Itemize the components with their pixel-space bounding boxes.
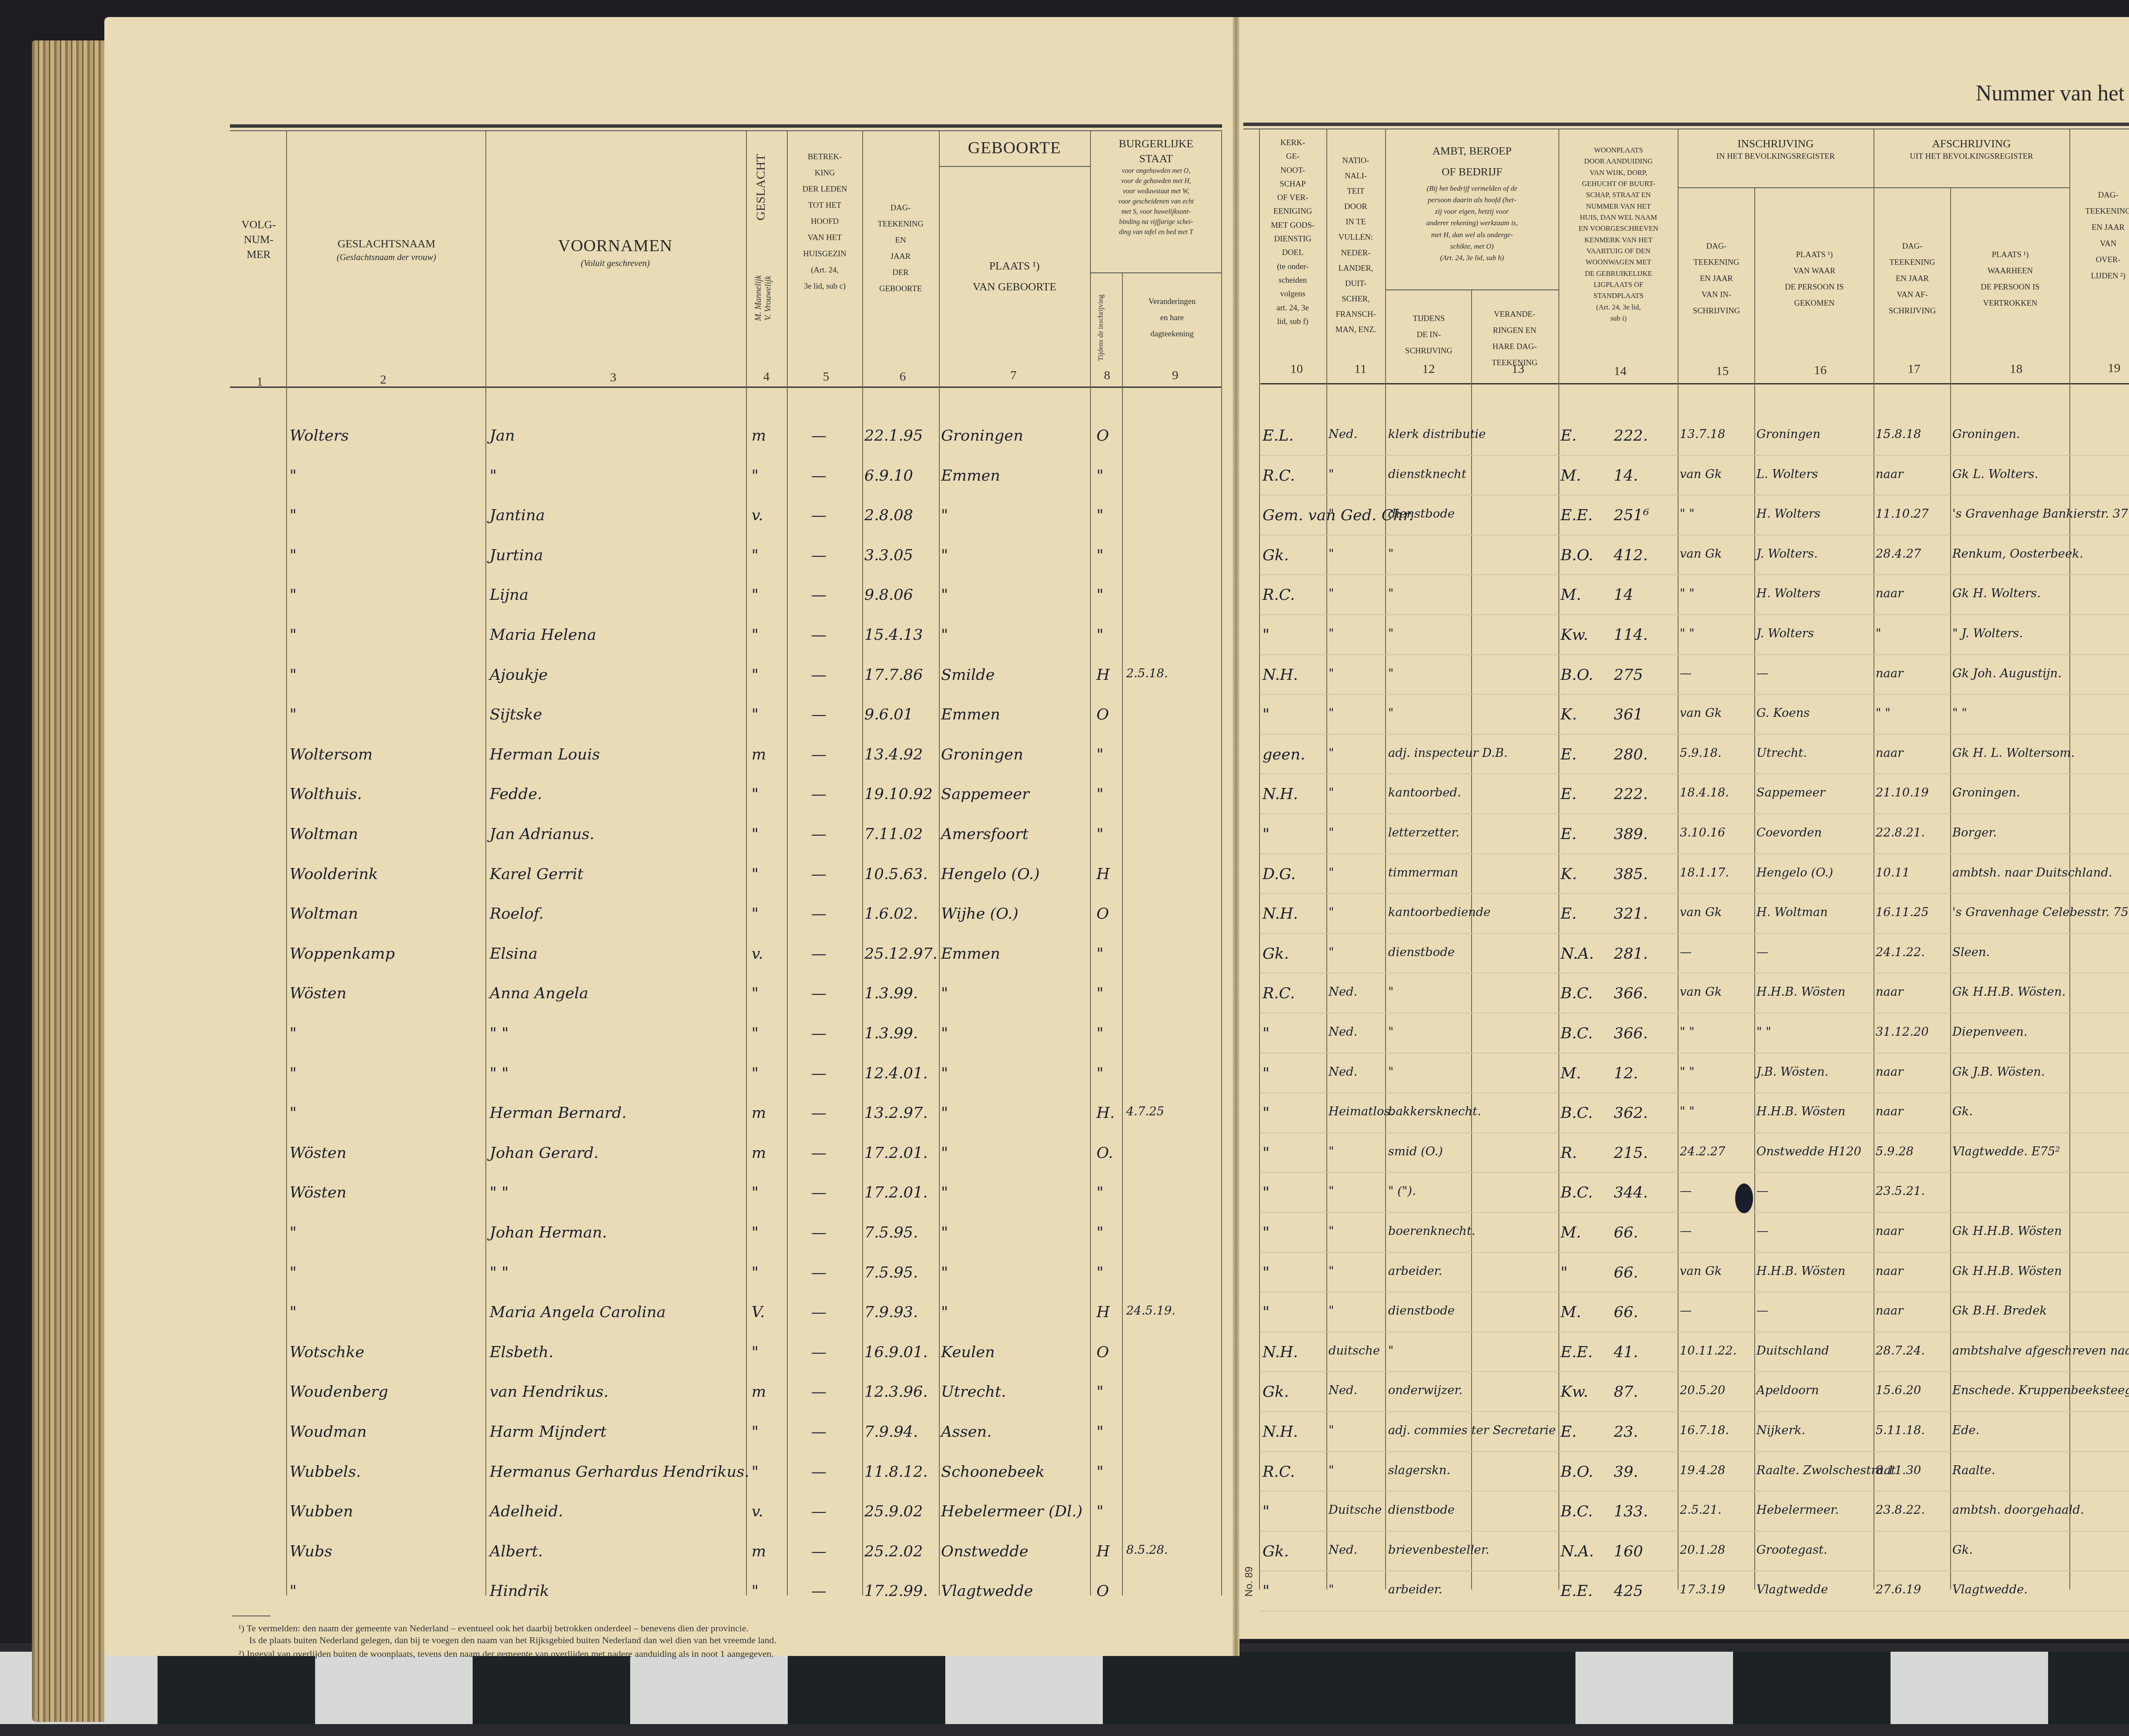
row-guide-line [1260, 1013, 2129, 1014]
cell-rel: — [811, 945, 826, 963]
cell-out-to: Enschede. Kruppenbeeksteeg 4. [1952, 1383, 2129, 1397]
cell-place: " [941, 1065, 948, 1082]
cell-addr-no: 344. [1614, 1184, 1648, 1201]
cell-nat: Ned. [1328, 1025, 1357, 1039]
cell-in-from: H. Wolters [1756, 507, 1821, 521]
cell-born: 11.8.12. [864, 1463, 928, 1481]
cell-in-from: Coevorden [1756, 825, 1822, 839]
cell-civ: " [1096, 746, 1104, 763]
cell-job: " [1388, 626, 1394, 640]
cell-in-date: 20.1.28 [1680, 1543, 1725, 1557]
header-bottom-rule-right [1260, 383, 2129, 384]
cell-addr: B.C. [1561, 1025, 1593, 1042]
cell-given: Herman Louis [490, 746, 600, 763]
cell-church: R.C. [1262, 467, 1295, 484]
cell-in-date: " " [1680, 586, 1695, 600]
cell-church: N.H. [1262, 905, 1298, 922]
col-divider [1874, 129, 1874, 1590]
cell-addr: M. [1561, 586, 1581, 604]
cell-given: Johan Herman. [490, 1224, 607, 1241]
cell-nat: " [1328, 547, 1334, 561]
cell-out-date: naar [1876, 1104, 1903, 1118]
cell-sex: m [752, 1144, 766, 1162]
cell-nat: " [1328, 1303, 1334, 1318]
cell-born: 6.9.10 [864, 467, 913, 484]
col-header-dagteekening-geboorte: DAG- TEEKENING EN JAAR DER GEBOORTE [864, 200, 937, 297]
cell-sex: " [752, 547, 759, 564]
cell-nat: " [1328, 785, 1334, 799]
cell-nat: " [1328, 825, 1334, 839]
cell-nat: " [1328, 1582, 1334, 1596]
cell-surname: Woltman [290, 825, 358, 843]
col-divider [746, 131, 747, 1596]
cell-out-to: 's Gravenhage Bankierstr. 37. [1952, 507, 2129, 521]
cell-out-to: ambtshalve afgeschreven naar Duitschland… [1952, 1344, 2129, 1358]
row-guide-line [1260, 1570, 2129, 1571]
col-number: 4 [758, 370, 775, 384]
col-header-geslacht: GESLACHT [754, 145, 779, 230]
cell-rel: — [811, 785, 826, 803]
cell-sex: m [752, 1543, 766, 1560]
cell-given: van Hendrikus. [490, 1383, 608, 1401]
row-guide-line [1260, 1132, 2129, 1133]
cell-in-from: Vlagtwedde [1756, 1582, 1828, 1596]
cell-rel: — [811, 1065, 826, 1082]
cell-addr: K. [1561, 865, 1577, 883]
cell-sex: m [752, 1104, 766, 1122]
cell-nat: " [1328, 467, 1334, 481]
cell-sex: " [752, 706, 759, 723]
cell-sex: " [752, 785, 759, 803]
cell-nat: " [1328, 1264, 1334, 1278]
cell-rel: — [811, 706, 826, 723]
cell-job: dienstbode [1388, 507, 1455, 521]
cell-addr: B.C. [1561, 1104, 1593, 1122]
cell-place: Groningen [941, 427, 1023, 444]
cell-rel: — [811, 1025, 826, 1042]
cell-place: Amersfoort [941, 825, 1028, 843]
cell-surname: " [290, 547, 297, 564]
row-guide-line [1260, 535, 2129, 536]
sheet-number-label: Nummer van het blad [1976, 81, 2129, 106]
cell-rel: — [811, 1264, 826, 1281]
cell-out-date: 23.8.22. [1876, 1503, 1925, 1517]
cell-sex: " [752, 1065, 759, 1082]
cell-out-date: 11.10.27 [1876, 507, 1929, 521]
cell-rel: — [811, 1344, 826, 1361]
cell-given: Roelof. [490, 905, 544, 922]
col-number: 15 [1712, 364, 1733, 378]
cell-rel: — [811, 427, 826, 444]
cell-addr: M. [1561, 1303, 1581, 1321]
cell-civ: " [1096, 1423, 1104, 1441]
group-header-burgerlijke-staat: BURGERLIJKE STAATvoor ongehuwden met O, … [1092, 136, 1220, 238]
cell-place: " [941, 586, 948, 604]
cell-out-to: Ede. [1952, 1423, 1980, 1437]
cell-job: dienstknecht [1388, 467, 1466, 481]
cell-rel: — [811, 905, 826, 922]
cell-civ: H [1096, 666, 1110, 684]
cell-surname: Wotschke [290, 1344, 364, 1361]
cell-in-from: J.B. Wösten. [1756, 1065, 1828, 1079]
footnote-rule [232, 1616, 270, 1616]
cell-church: " [1262, 825, 1270, 843]
cell-civ-change: 24.5.19. [1126, 1303, 1176, 1318]
cell-addr: E. [1561, 785, 1577, 803]
cell-addr: E. [1561, 1423, 1577, 1441]
cell-rel: — [811, 1303, 826, 1321]
cell-in-date: 17.3.19 [1680, 1582, 1725, 1596]
cell-sex: " [752, 1264, 759, 1281]
col-header-kerkgenootschap: KERK- GE- NOOT- SCHAP OF VER- EENIGING M… [1260, 136, 1325, 329]
footnote-1-cont: Is de plaats buiten Nederland gelegen, d… [249, 1634, 776, 1647]
col-number: 1 [251, 375, 268, 389]
cell-job: timmerman [1388, 865, 1458, 879]
cell-out-to: Sleen. [1952, 945, 1990, 959]
cell-in-date: — [1680, 1184, 1692, 1198]
col-number: 16 [1810, 363, 1831, 378]
cell-surname: " [290, 1224, 297, 1241]
cell-place: Groningen [941, 746, 1023, 763]
cell-out-date: 15.6.20 [1876, 1383, 1921, 1397]
cell-surname: " [290, 1303, 297, 1321]
cell-in-date: 10.11.22. [1680, 1344, 1737, 1358]
cell-place: Emmen [941, 945, 1000, 963]
cell-out-to: Gk H. Wolters. [1952, 586, 2041, 600]
cell-out-date: naar [1876, 985, 1903, 999]
cell-nat: " [1328, 865, 1334, 879]
cell-civ: O [1096, 905, 1109, 922]
cell-civ: " [1096, 1025, 1104, 1042]
cell-addr: E. [1561, 825, 1577, 843]
cell-surname: Wolthuis. [290, 785, 362, 803]
cell-born: 2.8.08 [864, 507, 913, 524]
cell-addr-no: 425 [1614, 1582, 1643, 1600]
cell-addr: K. [1561, 706, 1577, 723]
col-divider [2069, 129, 2070, 1590]
col-header-geslachtsnaam: GESLACHTSNAAM(Geslachtsnaam der vrouw) [290, 236, 483, 263]
cell-addr-no: 412. [1614, 547, 1648, 564]
cell-civ: " [1096, 626, 1104, 644]
cell-surname: Woolderink [290, 865, 378, 883]
cell-surname: " [290, 467, 297, 484]
cell-in-date: 2.5.21. [1680, 1503, 1722, 1517]
cell-in-from: — [1756, 666, 1768, 680]
cell-job: kantoorbediende [1388, 905, 1491, 919]
cell-born: 12.3.96. [864, 1383, 928, 1401]
col-header-tijdens-inschrijving-ambt: TIJDENS DE IN- SCHRIJVING [1387, 311, 1470, 359]
cell-in-from: H.H.B. Wösten [1756, 1104, 1845, 1118]
cell-out-date: 28.4.27 [1876, 547, 1921, 561]
cell-civ: " [1096, 785, 1104, 803]
row-guide-line [1260, 773, 2129, 774]
cell-born: 25.2.02 [864, 1543, 923, 1560]
cell-church: " [1262, 706, 1270, 723]
cell-place: Sappemeer [941, 785, 1029, 803]
col-header-geslacht-legend: M. Mannelijk V. Vrouwelijk [754, 238, 779, 358]
cell-in-from: — [1756, 945, 1768, 959]
cell-church: " [1262, 1184, 1270, 1201]
cell-surname: " [290, 1104, 297, 1122]
col-header-betrekking: BETREK- KING DER LEDEN TOT HET HOOFD VAN… [789, 149, 861, 295]
cell-nat: " [1328, 905, 1334, 919]
cell-nat: " [1328, 626, 1334, 640]
cell-surname: Woppenkamp [290, 945, 395, 963]
cell-sex: " [752, 1184, 759, 1201]
cell-place: " [941, 1104, 948, 1122]
cell-in-date: 3.10.16 [1680, 825, 1725, 839]
cell-rel: — [811, 825, 826, 843]
cell-born: 7.5.95. [864, 1224, 918, 1241]
cell-given: Jan [490, 427, 515, 444]
cell-out-date: 5.11.18. [1876, 1423, 1925, 1437]
cell-given: Maria Angela Carolina [490, 1303, 666, 1321]
cell-nat: Ned. [1328, 985, 1357, 999]
col-divider [1558, 129, 1559, 1590]
cell-job: bakkersknecht. [1388, 1104, 1481, 1118]
cell-rel: — [811, 586, 826, 604]
col-header-plaats-waarheen: PLAATS ¹) WAARHEEN DE PERSOON IS VERTROK… [1952, 247, 2068, 312]
cell-addr: B.C. [1561, 1184, 1593, 1201]
cell-out-to: Diepenveen. [1952, 1025, 2027, 1039]
cell-in-date: van Gk [1680, 467, 1722, 481]
cell-addr-no: 133. [1614, 1503, 1648, 1520]
cell-in-from: Hebelermeer. [1756, 1503, 1839, 1517]
cell-place: Wijhe (O.) [941, 905, 1019, 922]
cell-in-date: 24.2.27 [1680, 1144, 1725, 1158]
cell-out-to: Groningen. [1952, 427, 2020, 441]
cell-place: " [941, 1184, 948, 1201]
cell-sex: " [752, 825, 759, 843]
cell-given: Jantina [490, 507, 545, 524]
cell-place: Onstwedde [941, 1543, 1028, 1560]
cell-job: " [1388, 985, 1394, 999]
cell-civ-change: 4.7.25 [1126, 1104, 1164, 1118]
col-number: 12 [1418, 362, 1439, 376]
cell-in-date: " " [1680, 1025, 1695, 1039]
cell-out-date: naar [1876, 1065, 1903, 1079]
cell-rel: — [811, 1503, 826, 1520]
col-number: 13 [1507, 362, 1529, 376]
cell-sex: " [752, 1224, 759, 1241]
cell-addr: Kw. [1561, 1383, 1588, 1401]
col-number: 6 [894, 370, 911, 384]
cell-in-from: L. Wolters [1756, 467, 1818, 481]
cell-given: Johan Gerard. [490, 1144, 599, 1162]
cell-rel: — [811, 1184, 826, 1201]
cell-surname: Woltman [290, 905, 358, 922]
cell-addr-no: 41. [1614, 1344, 1638, 1361]
cell-civ-change: 8.5.28. [1126, 1543, 1168, 1557]
cell-job: " [1388, 1025, 1394, 1039]
col-header-voornamen: VOORNAMEN(Voluit geschreven) [488, 234, 743, 269]
cell-civ: " [1096, 1383, 1104, 1401]
cell-church: " [1262, 1065, 1270, 1082]
cell-rel: — [811, 1224, 826, 1241]
cell-given: " " [490, 1184, 509, 1201]
col-header-woonplaats: WOONPLAATS DOOR AANDUIDING VAN WIJK, DOR… [1561, 145, 1676, 324]
margin-stamp: No. 89 [1243, 1567, 1255, 1597]
cell-rel: — [811, 666, 826, 684]
col-divider [1678, 129, 1679, 1590]
cell-in-date: " " [1680, 1065, 1695, 1079]
col-number: 7 [1005, 368, 1022, 383]
cell-given: Lijna [490, 586, 528, 604]
cell-rel: — [811, 1423, 826, 1441]
row-guide-line [1260, 1092, 2129, 1093]
cell-addr: B.O. [1561, 547, 1593, 564]
col-number: 2 [375, 372, 392, 387]
cell-out-date: naar [1876, 1224, 1903, 1238]
cell-church: " [1262, 1144, 1270, 1162]
cell-nat: duitsche [1328, 1344, 1380, 1358]
cell-rel: — [811, 865, 826, 883]
cell-surname: " [290, 666, 297, 684]
cell-out-to: Gk. [1952, 1104, 1973, 1118]
cell-civ: " [1096, 945, 1104, 963]
cell-in-date: van Gk [1680, 1264, 1722, 1278]
cell-nat: " [1328, 706, 1334, 720]
cell-church: Gk. [1262, 1383, 1289, 1401]
cell-out-to: 's Gravenhage Celebesstr. 75. [1952, 905, 2129, 919]
row-guide-line [1260, 1172, 2129, 1173]
col-divider [1090, 131, 1091, 1596]
cell-given: Albert. [490, 1543, 543, 1560]
header-top-rule-left-thin [230, 130, 1222, 131]
cell-born: 7.9.94. [864, 1423, 918, 1441]
cell-rel: — [811, 1543, 826, 1560]
cell-born: 25.9.02 [864, 1503, 923, 1520]
cell-addr-no: 14. [1614, 467, 1638, 484]
col-number: 5 [818, 370, 835, 384]
cell-church: " [1262, 1104, 1270, 1122]
cell-nat: " [1328, 1184, 1334, 1198]
cell-church: " [1262, 1582, 1270, 1600]
cell-place: " [941, 1025, 948, 1042]
cell-church: Gk. [1262, 547, 1289, 564]
col-number: 9 [1167, 368, 1184, 383]
col-header-tijdens-inschrijving: Tijdens de inschrijving [1096, 289, 1118, 366]
cell-addr: " [1561, 1264, 1568, 1281]
cell-addr-no: 389. [1614, 825, 1648, 843]
group-header-inschrijving: INSCHRIJVINGIN HET BEVOLKINGSREGISTER [1680, 136, 1871, 162]
cell-sex: " [752, 586, 759, 604]
cell-addr-no: 361 [1614, 706, 1643, 723]
cell-in-date: van Gk [1680, 905, 1722, 919]
cell-place: Keulen [941, 1344, 995, 1361]
cell-born: 25.12.97. [864, 945, 938, 963]
cell-church: " [1262, 1224, 1270, 1241]
cell-sex: m [752, 427, 766, 444]
cell-rel: — [811, 547, 826, 564]
cell-job: adj. inspecteur D.B. [1388, 746, 1508, 760]
cell-in-from: Apeldoorn [1756, 1383, 1819, 1397]
cell-addr-no: 39. [1614, 1463, 1638, 1481]
cell-out-date: 28.7.24. [1876, 1344, 1925, 1358]
cell-addr-no: 385. [1614, 865, 1648, 883]
cell-addr-no: 23. [1614, 1423, 1638, 1441]
cell-out-date: " [1876, 626, 1881, 640]
cell-in-from: Sappemeer [1756, 785, 1825, 799]
cell-addr-no: 222. [1614, 785, 1648, 803]
cell-civ: " [1096, 825, 1104, 843]
cell-civ: H [1096, 1543, 1110, 1560]
cell-born: 3.3.05 [864, 547, 913, 564]
cell-church: " [1262, 1025, 1270, 1042]
cell-born: 1.3.99. [864, 1025, 918, 1042]
cell-rel: — [811, 1144, 826, 1162]
cell-surname: Wubs [290, 1543, 332, 1560]
cell-church: Gk. [1262, 1543, 1289, 1560]
cell-out-to: Gk H.H.B. Wösten [1952, 1264, 2062, 1278]
group-header-geboorte: GEBOORTE [939, 136, 1090, 159]
cell-in-from: Nijkerk. [1756, 1423, 1805, 1437]
cell-out-to: Vlagtwedde. E75² [1952, 1144, 2060, 1158]
cell-in-from: Onstwedde H120 [1756, 1144, 1861, 1158]
cell-addr: B.C. [1561, 1503, 1593, 1520]
cell-in-from: G. Koens [1756, 706, 1810, 720]
row-guide-line [1260, 1531, 2129, 1532]
cell-given: Hermanus Gerhardus Hendrikus. [490, 1463, 749, 1481]
col-divider [1754, 187, 1755, 1590]
cell-nat: Ned. [1328, 1065, 1357, 1079]
cell-out-date: 16.11.25 [1876, 905, 1929, 919]
cell-nat: " [1328, 1423, 1334, 1437]
footnote-1: ¹) Te vermelden: den naam der gemeente v… [238, 1622, 749, 1635]
cell-place: " [941, 1303, 948, 1321]
cell-out-date: naar [1876, 467, 1903, 481]
cell-born: 9.8.06 [864, 586, 913, 604]
color-calibration-strip [0, 1652, 2129, 1724]
col-header-plaats-geboorte: PLAATS ¹) VAN GEBOORTE [941, 255, 1088, 298]
cell-in-date: 19.4.28 [1680, 1463, 1725, 1477]
cell-born: 19.10.92 [864, 785, 933, 803]
cell-out-date: 24.1.22. [1876, 945, 1925, 959]
cell-job: boerenknecht. [1388, 1224, 1475, 1238]
cell-born: 7.9.93. [864, 1303, 918, 1321]
cell-in-date: " " [1680, 626, 1695, 640]
cell-rel: — [811, 467, 826, 484]
cell-in-from: Grootegast. [1756, 1543, 1827, 1557]
cell-surname: Woudenberg [290, 1383, 388, 1401]
cell-sex: " [752, 1423, 759, 1441]
cell-church: R.C. [1262, 1463, 1295, 1481]
cell-job: klerk distributie [1388, 427, 1486, 441]
cell-church: N.H. [1262, 666, 1298, 684]
cell-rel: — [811, 985, 826, 1002]
cell-job: dienstbode [1388, 945, 1455, 959]
cell-place: " [941, 626, 948, 644]
cell-addr: N.A. [1561, 945, 1594, 963]
cell-job: " [1388, 1065, 1394, 1079]
cell-out-to: Gk Joh. Augustijn. [1952, 666, 2062, 680]
cell-surname: Wolters [290, 427, 349, 444]
col-header-nationaliteit: NATIO- NALI- TEIT DOOR IN TE VULLEN: NED… [1328, 153, 1384, 338]
cell-nat: Ned. [1328, 1383, 1357, 1397]
cell-job: " [1388, 547, 1394, 561]
cell-sex: " [752, 666, 759, 684]
cell-church: geen. [1262, 746, 1305, 763]
cell-place: " [941, 1144, 948, 1162]
cell-in-date: — [1680, 1224, 1692, 1238]
cell-born: 13.2.97. [864, 1104, 928, 1122]
header-top-rule-right-thin [1243, 129, 2129, 129]
cell-in-from: J. Wolters [1756, 626, 1814, 640]
cell-in-from: H.H.B. Wösten [1756, 985, 1845, 999]
cell-addr-no: 321. [1614, 905, 1648, 922]
cell-addr: M. [1561, 1065, 1581, 1082]
cell-in-date: — [1680, 666, 1692, 680]
